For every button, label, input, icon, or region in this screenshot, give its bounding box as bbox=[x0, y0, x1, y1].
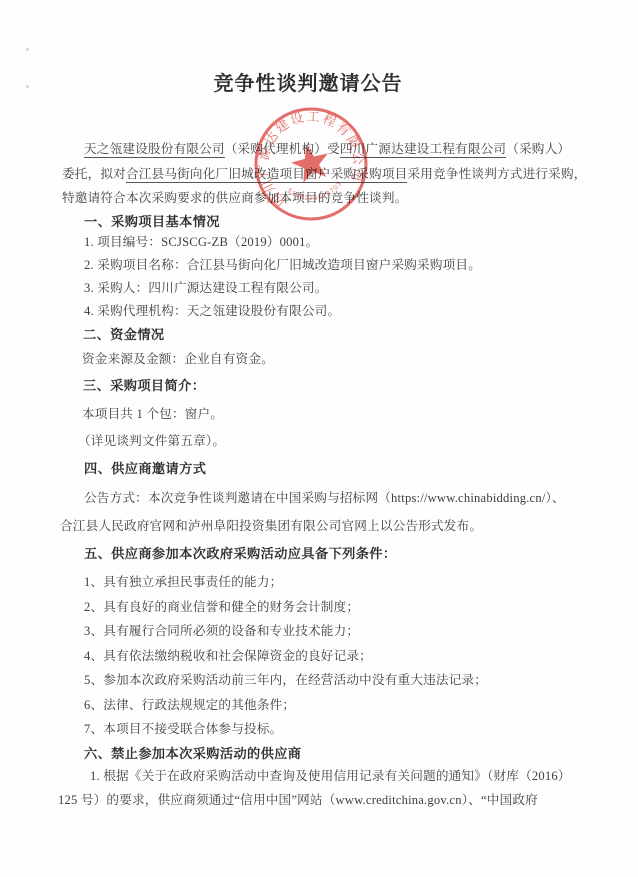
condition-item-2: 2、具有良好的商业信誉和健全的财务会计制度； bbox=[84, 599, 359, 615]
section-three-heading: 三、采购项目简介： bbox=[83, 378, 205, 394]
section-four-heading: 四、供应商邀请方式 bbox=[84, 461, 206, 477]
section-five-heading: 五、供应商参加本次政府采购活动应具备下列条件： bbox=[84, 546, 397, 562]
agency-item: 4. 采购代理机构：天之瓴建设股份有限公司。 bbox=[84, 303, 340, 319]
funding-source-text: 资金来源及金额：企业自有资金。 bbox=[82, 351, 274, 367]
package-info-text: 本项目共 1 个包：窗户。 bbox=[82, 406, 223, 422]
condition-item-6: 6、法律、行政法规规定的其他条件； bbox=[84, 697, 295, 713]
company-seal-stamp: 四川广源达建设工程有限公司 5108225024703 bbox=[252, 105, 370, 223]
seal-star-icon bbox=[288, 140, 334, 184]
credit-record-line-1: 1. 根据《关于在政府采购活动中查询及使用信用记录有关问题的通知》（财库（201… bbox=[90, 768, 571, 784]
purchaser-item: 3. 采购人：四川广源达建设工程有限公司。 bbox=[84, 280, 327, 296]
intro-text: 采用竞争性谈判方式进行采购， bbox=[407, 167, 586, 181]
condition-item-1: 1、具有独立承担民事责任的能力； bbox=[84, 574, 282, 590]
document-page: 竞争性谈判邀请公告 天之瓴建设股份有限公司（采购代理机构）受四川广源达建设工程有… bbox=[0, 0, 638, 877]
section-one-heading: 一、采购项目基本情况 bbox=[84, 214, 220, 230]
condition-item-3: 3、具有履行合同所必须的设备和专业技术能力； bbox=[84, 623, 359, 639]
agency-name-underlined: 天之瓴建设股份有限公司 bbox=[84, 142, 225, 158]
seal-serial-text: 5108225024703 bbox=[285, 174, 346, 208]
page-title: 竞争性谈判邀请公告 bbox=[0, 67, 616, 96]
intro-text: （采购人） bbox=[506, 142, 570, 156]
scan-speck bbox=[26, 48, 29, 51]
announcement-method-line-2: 合江县人民政府官网和泸州阜阳投资集团有限公司官网上以公告形式发布。 bbox=[60, 518, 482, 534]
project-name-item: 2. 采购项目名称：合江县马街向化厂旧城改造项目窗户采购采购项目。 bbox=[84, 257, 481, 273]
project-number-item: 1. 项目编号：SCJSCG-ZB（2019）0001。 bbox=[84, 234, 318, 250]
announcement-method-line-1: 公告方式：本次竞争性谈判邀请在中国采购与招标网（https://www.chin… bbox=[84, 490, 565, 506]
credit-record-line-2: 125 号）的要求，供应商须通过“信用中国”网站（www.creditchina… bbox=[58, 792, 538, 808]
svg-text:5108225024703: 5108225024703 bbox=[285, 174, 346, 208]
section-six-heading: 六、禁止参加本次采购活动的供应商 bbox=[84, 746, 301, 762]
condition-item-4: 4、具有依法缴纳税收和社会保障资金的良好记录； bbox=[84, 648, 372, 664]
condition-item-7: 7、本项目不接受联合体参与投标。 bbox=[84, 721, 282, 737]
see-chapter-note: （详见谈判文件第五章）。 bbox=[78, 433, 225, 449]
condition-item-5: 5、参加本次政府采购活动前三年内，在经营活动中没有重大违法记录； bbox=[84, 672, 487, 688]
section-two-heading: 二、资金情况 bbox=[83, 327, 165, 343]
intro-text: 委托，拟对 bbox=[62, 167, 126, 181]
scan-speck bbox=[26, 85, 29, 88]
